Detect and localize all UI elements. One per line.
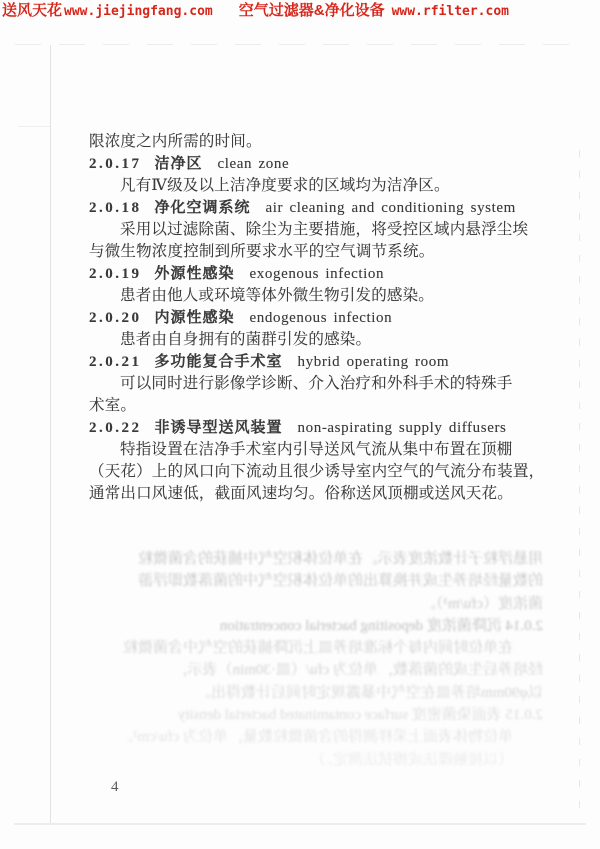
showthrough-line: 用悬浮粒子计数浓度表示。在单位体积空气中捕获的含菌微粒 [57,548,543,570]
body-line: 术室。 [89,395,513,417]
site1-name: 送风天花 [2,2,62,19]
term-entry-2-0-22: 2.0.22非诱导型送风装置non-aspirating supply diff… [89,417,513,439]
term-english: hybrid operating room [298,354,450,370]
scan-edge-top [15,44,587,45]
showthrough-line: 2.0.14 沉降菌浓度 depositing bacterial concen… [57,615,543,637]
term-chinese: 非诱导型送风装置 [155,419,283,436]
term-english: non-aspirating supply diffusers [298,420,507,436]
term-english: endogenous infection [250,310,393,326]
showthrough-line: 2.0.15 表面染菌密度 surface contaminated bacte… [57,704,543,726]
watermark-bar: 送风天花www.jiejingfang.com空气过滤器&净化设备www.rfi… [2,2,509,20]
body-line: 凡有Ⅳ级及以上洁净度要求的区域均为洁净区。 [89,175,513,197]
body-line: 可以同时进行影像学诊断、介入治疗和外科手术的特殊手 [89,373,513,395]
body-line: 限浓度之内所需的时间。 [89,131,513,153]
site1-url: www.jiejingfang.com [64,4,213,19]
body-line: 通常出口风速低，截面风速均匀。俗称送风顶棚或送风天花。 [89,483,513,505]
term-number: 2.0.18 [89,200,142,216]
scan-edge-left [50,45,51,825]
term-english: exogenous infection [250,266,385,282]
term-english: clean zone [218,156,290,172]
body-text: 凡有Ⅳ级及以上洁净度要求的区域均为洁净区。 [120,177,450,194]
term-chinese: 外源性感染 [155,265,235,282]
showthrough-line: （以接触碟法或擦拭法测定。） [57,749,543,771]
showthrough-line: 的数量经培养生成并换算出的单位体积空气中的菌落数即浮游 [57,570,543,592]
body-line: 患者由他人或环境等体外微生物引发的感染。 [89,285,513,307]
term-entry-2-0-17: 2.0.17洁净区clean zone [89,153,513,175]
term-number: 2.0.22 [89,420,142,436]
showthrough-line: 单位物体表面上采样测得的含菌微粒数量，单位为 cfu/cm²。 [57,726,543,748]
site2-name: 空气过滤器&净化设备 [239,2,385,19]
body-line: （天花）上的风口向下流动且很少诱导室内空气的气流分布装置， [89,461,513,483]
scan-edge-right [579,150,580,810]
body-line: 患者由自身拥有的菌群引发的感染。 [89,329,513,351]
body-text: 限浓度之内所需的时间。 [89,133,262,150]
term-number: 2.0.19 [89,266,142,282]
term-entry-2-0-21: 2.0.21多功能复合手术室hybrid operating room [89,351,513,373]
term-number: 2.0.17 [89,156,142,172]
term-english: air cleaning and conditioning system [266,200,516,216]
body-text: 可以同时进行影像学诊断、介入治疗和外科手术的特殊手 [120,375,513,392]
body-text: 患者由自身拥有的菌群引发的感染。 [120,331,371,348]
site2-url: www.rfilter.com [392,4,509,19]
term-number: 2.0.20 [89,310,142,326]
term-entry-2-0-19: 2.0.19外源性感染exogenous infection [89,263,513,285]
term-chinese: 净化空调系统 [155,199,251,216]
body-text: （天花）上的风口向下流动且很少诱导室内空气的气流分布装置， [89,463,544,480]
body-text: 与微生物浓度控制到所要求水平的空气调节系统。 [89,243,434,260]
showthrough-line: 经培养后生成的菌落数，单位为 cfu/（皿·30min）表示， [57,659,543,681]
body-text: 术室。 [89,397,136,414]
term-chinese: 洁净区 [155,155,203,172]
showthrough-line: 在单位时间内每个标准培养皿上沉降捕获的空气中含菌微粒 [57,637,543,659]
page-number: 4 [111,779,119,796]
scanned-page: 送风天花www.jiejingfang.com空气过滤器&净化设备www.rfi… [0,0,600,849]
body-line: 采用以过滤除菌、除尘为主要措施，将受控区域内悬浮尘埃 [89,219,513,241]
body-text: 通常出口风速低，截面风速均匀。俗称送风顶棚或送风天花。 [89,485,513,502]
terminology-section: 限浓度之内所需的时间。 2.0.17洁净区clean zone 凡有Ⅳ级及以上洁… [89,131,513,505]
body-text: 患者由他人或环境等体外微生物引发的感染。 [120,287,434,304]
term-entry-2-0-18: 2.0.18净化空调系统air cleaning and conditionin… [89,197,513,219]
term-chinese: 内源性感染 [155,309,235,326]
scan-edge-bottom [14,823,586,825]
showthrough-line: 以φ90mm培养皿在空气中暴露规定时间后计数得出。 [57,682,543,704]
term-entry-2-0-20: 2.0.20内源性感染endogenous infection [89,307,513,329]
body-line: 特指设置在洁净手术室内引导送风气流从集中布置在顶棚 [89,439,513,461]
term-number: 2.0.21 [89,354,142,370]
showthrough-line: 菌浓度（cfu/m³）。 [57,593,543,615]
body-text: 采用以过滤除菌、除尘为主要措施，将受控区域内悬浮尘埃 [120,221,528,238]
page-showthrough: 用悬浮粒子计数浓度表示。在单位体积空气中捕获的含菌微粒 的数量经培养生成并换算出… [57,548,543,771]
term-chinese: 多功能复合手术室 [155,353,283,370]
body-text: 特指设置在洁净手术室内引导送风气流从集中布置在顶棚 [120,441,513,458]
scan-edge-notch [18,126,50,127]
body-line: 与微生物浓度控制到所要求水平的空气调节系统。 [89,241,513,263]
